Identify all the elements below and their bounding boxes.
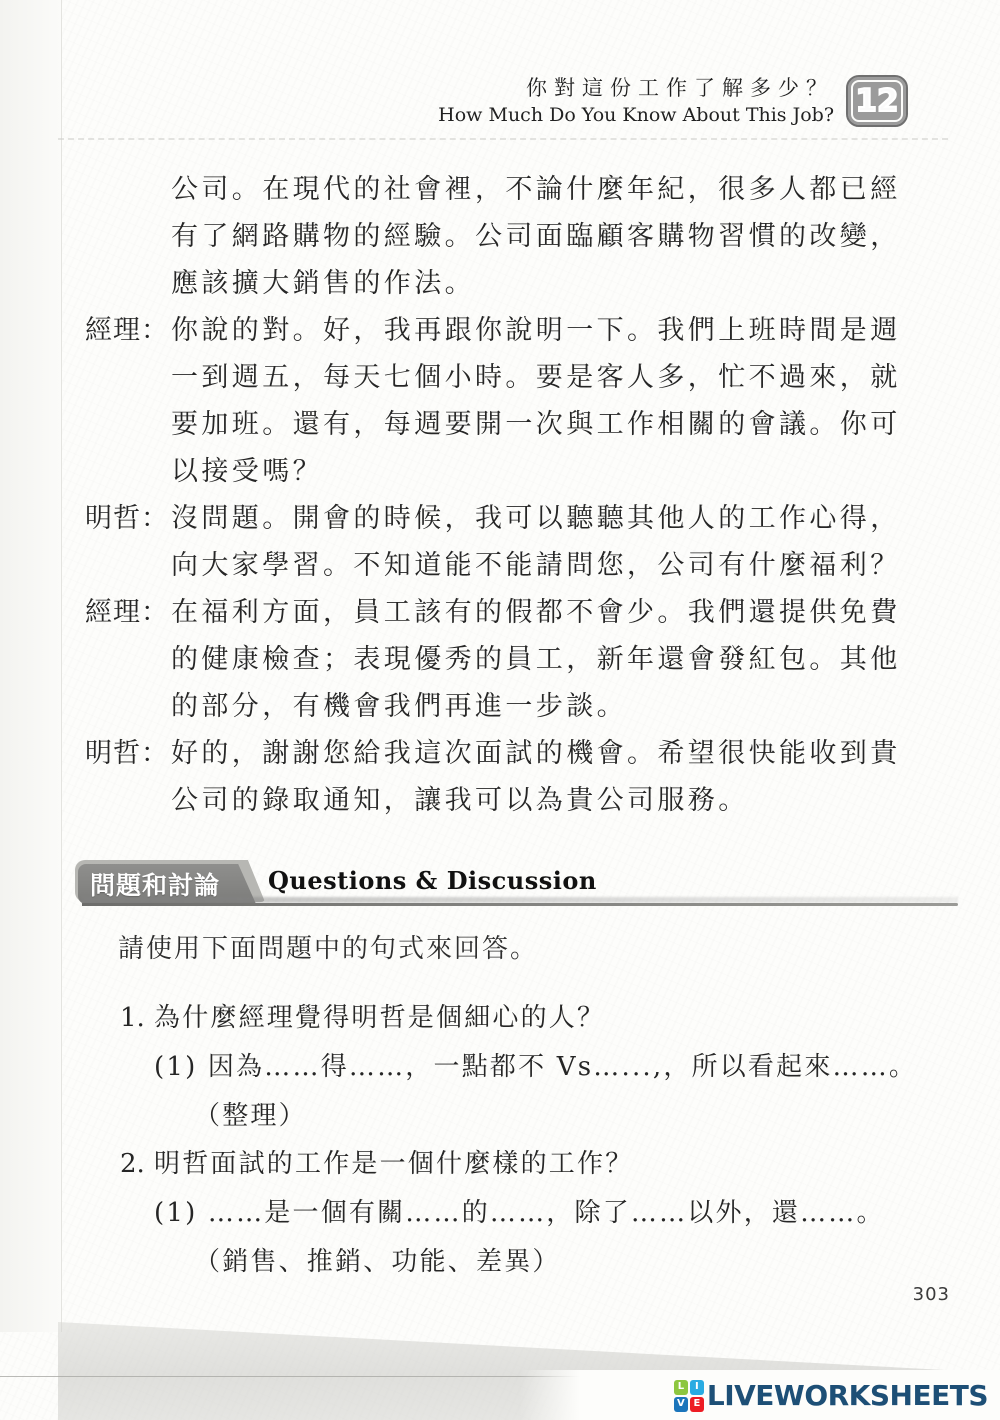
dialogue-line: 公司的錄取通知，讓我可以為貴公司服務。	[171, 777, 910, 824]
question-number: 1.	[120, 994, 154, 1042]
header-titles: 你對這份工作了解多少？ How Much Do You Know About T…	[438, 74, 834, 128]
question-number: 2.	[120, 1140, 154, 1188]
speaker-label: 明哲：	[85, 730, 171, 777]
question-item: 1. 為什麼經理覺得明哲是個細心的人？ (1) 因為……得……，一點都不 Vs……	[120, 994, 958, 1140]
question-row: 2. 明哲面試的工作是一個什麼樣的工作？	[120, 1140, 958, 1188]
section-rule	[82, 897, 958, 906]
scan-left-page-edge	[0, 0, 62, 1332]
section-rule-hard	[82, 903, 958, 906]
dialogue-line: 在福利方面，員工該有的假都不會少。我們還提供免費	[171, 589, 910, 636]
answer-pattern: (1) 因為……得……，一點都不 Vs…...,，所以看起來……。	[120, 1042, 958, 1092]
speaker-label: 經理：	[85, 307, 171, 354]
dialogue-paragraph: 經理： 在福利方面，員工該有的假都不會少。我們還提供免費 的健康檢查；表現優秀的…	[85, 589, 910, 730]
dialogue-line: 以接受嗎？	[171, 448, 910, 495]
scan-header-rule-artifact	[58, 138, 948, 140]
dialogue-line: 的健康檢查；表現優秀的員工，新年還會發紅包。其他	[171, 636, 910, 683]
chapter-title-zh: 你對這份工作了解多少？	[438, 74, 834, 102]
dialogue-text: 公司。在現代的社會裡，不論什麼年紀，很多人都已經 有了網路購物的經驗。公司面臨顧…	[85, 166, 910, 824]
logo-tile-e: E	[690, 1397, 704, 1412]
dialogue-line: 要加班。還有，每週要開一次與工作相關的會議。你可	[171, 401, 910, 448]
dialogue-line: 一到週五，每天七個小時。要是客人多，忙不過來，就	[171, 354, 910, 401]
dialogue-paragraph: 經理： 你說的對。好，我再跟你說明一下。我們上班時間是週 一到週五，每天七個小時…	[85, 307, 910, 495]
dialogue-line: 沒問題。開會的時候，我可以聽聽其他人的工作心得，	[171, 495, 910, 542]
question-text: 明哲面試的工作是一個什麼樣的工作？	[154, 1140, 633, 1188]
question-item: 2. 明哲面試的工作是一個什麼樣的工作？ (1) ……是一個有關……的……，除了…	[120, 1140, 958, 1286]
vocab-hint: （銷售、推銷、功能、差異）	[120, 1238, 958, 1286]
dialogue-line: 公司。在現代的社會裡，不論什麼年紀，很多人都已經	[171, 166, 910, 213]
liveworksheets-tiles-icon: L I V E	[674, 1380, 704, 1412]
section-heading-en: Questions & Discussion	[268, 866, 597, 895]
vocab-hint: （整理）	[120, 1092, 958, 1140]
answer-pattern: (1) ……是一個有關……的……，除了……以外，還……。	[120, 1188, 958, 1238]
liveworksheets-logo[interactable]: L I V E LIVEWORKSHEETS	[674, 1379, 988, 1412]
dialogue-paragraph: 公司。在現代的社會裡，不論什麼年紀，很多人都已經 有了網路購物的經驗。公司面臨顧…	[85, 166, 910, 307]
dialogue-paragraph: 明哲： 沒問題。開會的時候，我可以聽聽其他人的工作心得， 向大家學習。不知道能不…	[85, 495, 910, 589]
lesson-number-badge: 12	[846, 75, 908, 127]
page-header: 你對這份工作了解多少？ How Much Do You Know About T…	[438, 74, 908, 128]
dialogue-line: 的部分，有機會我們再進一步談。	[171, 683, 910, 730]
questions-section: 問題和討論 Questions & Discussion 請使用下面問題中的句式…	[78, 864, 958, 1286]
dialogue-line: 好的，謝謝您給我這次面試的機會。希望很快能收到貴	[171, 730, 910, 777]
dialogue-line: 你說的對。好，我再跟你說明一下。我們上班時間是週	[171, 307, 910, 354]
page-number: 303	[913, 1284, 950, 1305]
logo-tile-v: V	[674, 1397, 688, 1412]
chapter-title-en: How Much Do You Know About This Job?	[438, 102, 834, 128]
speaker-label: 明哲：	[85, 495, 171, 542]
question-list: 1. 為什麼經理覺得明哲是個細心的人？ (1) 因為……得……，一點都不 Vs……	[120, 994, 958, 1286]
dialogue-paragraph: 明哲： 好的，謝謝您給我這次面試的機會。希望很快能收到貴 公司的錄取通知，讓我可…	[85, 730, 910, 824]
dialogue-line: 有了網路購物的經驗。公司面臨顧客購物習慣的改變，	[171, 213, 910, 260]
question-text: 為什麼經理覺得明哲是個細心的人？	[154, 994, 605, 1042]
speaker-label: 經理：	[85, 589, 171, 636]
dialogue-line: 應該擴大銷售的作法。	[171, 260, 910, 307]
dialogue-line: 向大家學習。不知道能不能請問您，公司有什麼福利？	[171, 542, 910, 589]
logo-tile-i: I	[690, 1380, 704, 1395]
question-row: 1. 為什麼經理覺得明哲是個細心的人？	[120, 994, 958, 1042]
logo-tile-l: L	[674, 1380, 688, 1395]
liveworksheets-wordmark: LIVEWORKSHEETS	[707, 1379, 988, 1412]
instruction-text: 請使用下面問題中的句式來回答。	[118, 932, 958, 966]
section-banner: 問題和討論 Questions & Discussion	[78, 864, 958, 908]
